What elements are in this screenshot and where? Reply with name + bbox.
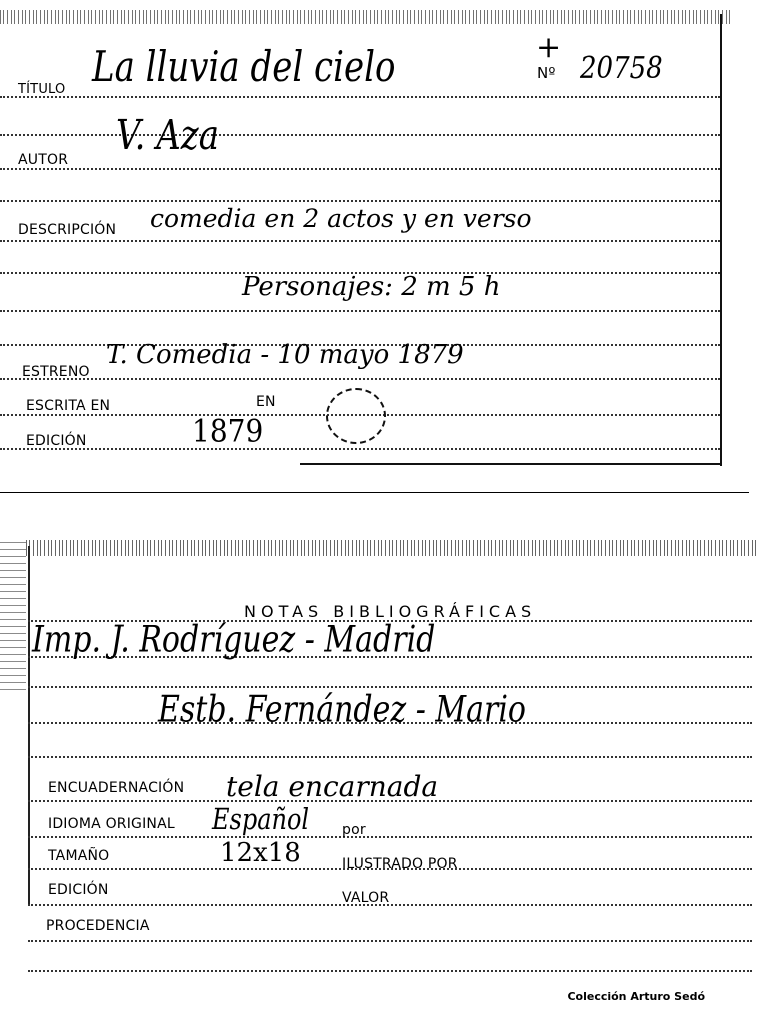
catalog-card-top: TÍTULO La lluvia del cielo + Nº 20758 AU… (0, 0, 759, 470)
note-line: Estb. Fernández - Mario (158, 689, 526, 731)
numero-value: 20758 (580, 52, 663, 87)
personajes-value: Personajes: 2 m 5 h (242, 272, 500, 302)
por-label: por (342, 822, 366, 838)
dotted-rule (0, 168, 720, 170)
dotted-rule (28, 904, 752, 906)
ilustrado-por-label: ILUSTRADO POR (342, 856, 458, 872)
scan-noise-edge (0, 10, 730, 24)
numero-label: Nº (537, 64, 556, 82)
note-line: Imp. J. Rodríguez - Madrid (32, 619, 435, 661)
dotted-rule (0, 448, 720, 450)
dotted-rule (0, 310, 720, 312)
edicion-value: 1879 (192, 413, 263, 449)
escrita-en-label: ESCRITA EN (26, 398, 110, 414)
dotted-rule (0, 96, 720, 98)
scan-noise-edge (26, 540, 759, 556)
dotted-rule (0, 378, 720, 380)
dotted-rule (28, 940, 752, 942)
card-separator (0, 492, 749, 493)
dotted-rule (0, 134, 720, 136)
tamano-label: TAMAÑO (48, 848, 109, 864)
stamp-circle (326, 388, 386, 444)
estreno-label: ESTRENO (22, 364, 90, 380)
idioma-original-value: Español (212, 802, 309, 836)
titulo-label: TÍTULO (18, 82, 65, 97)
dotted-rule (28, 836, 752, 838)
autor-label: AUTOR (18, 152, 68, 168)
en-label: EN (256, 394, 276, 410)
dotted-rule (28, 686, 752, 688)
dotted-rule (28, 756, 752, 758)
procedencia-label: PROCEDENCIA (46, 918, 150, 934)
dotted-rule (0, 240, 720, 242)
edicion-label: EDICIÓN (26, 433, 87, 449)
collection-footer: Colección Arturo Sedó (567, 990, 705, 1003)
autor-value: V. Aza (116, 112, 219, 160)
dotted-rule (28, 970, 752, 972)
titulo-value: La lluvia del cielo (92, 42, 395, 92)
valor-label: VALOR (342, 890, 389, 906)
dotted-rule (0, 200, 720, 202)
idioma-original-label: IDIOMA ORIGINAL (48, 816, 175, 832)
card-border (720, 14, 722, 466)
descripcion-label: DESCRIPCIÓN (18, 222, 116, 238)
estreno-value: T. Comedia - 10 mayo 1879 (106, 340, 464, 370)
edicion-bottom-label: EDICIÓN (48, 882, 109, 898)
card-border (300, 463, 722, 465)
card-border (28, 546, 30, 906)
cross-mark: + (536, 30, 561, 65)
encuadernacion-label: ENCUADERNACIÓN (48, 780, 184, 796)
descripcion-value: comedia en 2 actos y en verso (150, 204, 532, 233)
tamano-value: 12x18 (220, 838, 301, 868)
encuadernacion-value: tela encarnada (226, 770, 438, 803)
